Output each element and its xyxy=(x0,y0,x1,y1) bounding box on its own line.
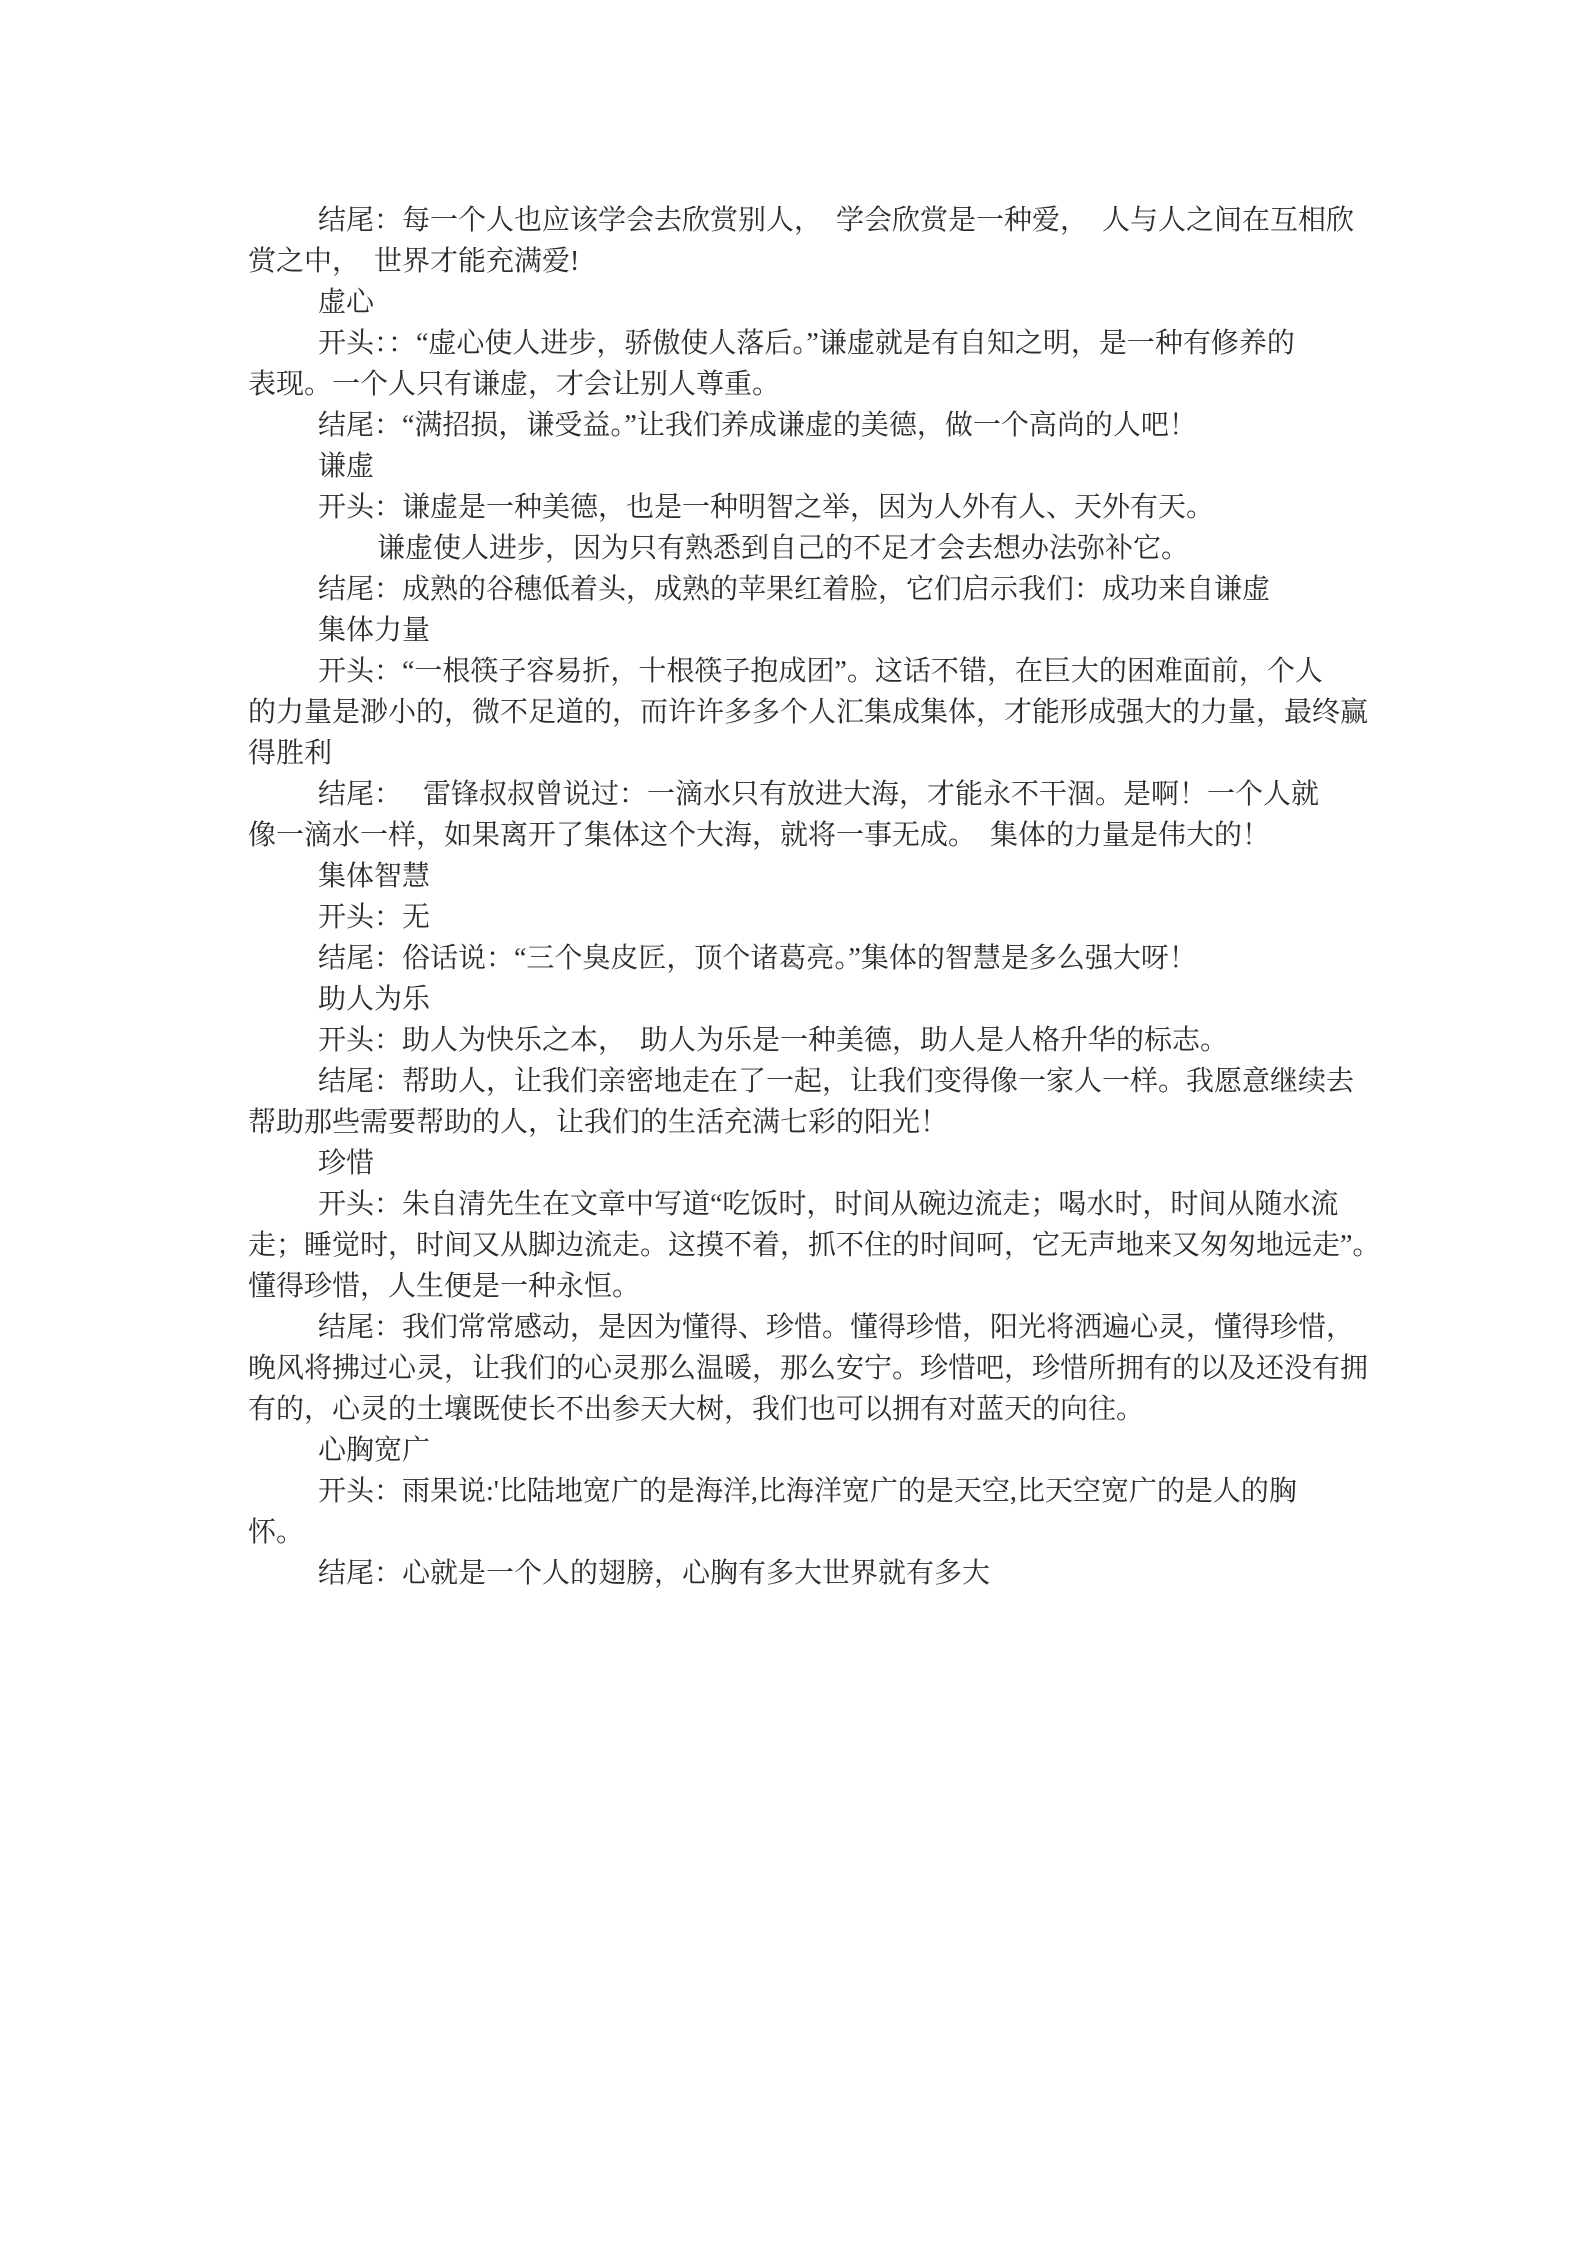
text-line: 晚风将拂过心灵，让我们的心灵那么温暖，那么安宁。珍惜吧，珍惜所拥有的以及还没有拥 xyxy=(248,1348,1363,1389)
text-line: 开头：：“虚心使人进步，骄傲使人落后。”谦虚就是有自知之明，是一种有修养的 xyxy=(248,323,1363,364)
document-page: 结尾：每一个人也应该学会去欣赏别人， 学会欣赏是一种爱， 人与人之间在互相欣赏之… xyxy=(0,0,1594,2252)
text-line: 有的，心灵的土壤既使长不出参天大树，我们也可以拥有对蓝天的向往。 xyxy=(248,1389,1363,1430)
text-line: 开头：无 xyxy=(248,897,1363,938)
text-line: 赏之中， 世界才能充满爱! xyxy=(248,241,1363,282)
text-line: 集体智慧 xyxy=(248,856,1363,897)
text-line: 结尾：俗话说：“三个臭皮匠，顶个诸葛亮。”集体的智慧是多么强大呀！ xyxy=(248,938,1363,979)
text-line: 虚心 xyxy=(248,282,1363,323)
text-line: 结尾：每一个人也应该学会去欣赏别人， 学会欣赏是一种爱， 人与人之间在互相欣 xyxy=(248,200,1363,241)
text-line: 开头：“一根筷子容易折，十根筷子抱成团”。这话不错，在巨大的困难面前，个人 xyxy=(248,651,1363,692)
text-line: 结尾：心就是一个人的翅膀，心胸有多大世界就有多大 xyxy=(248,1553,1363,1594)
text-line: 心胸宽广 xyxy=(248,1430,1363,1471)
text-line: 得胜利 xyxy=(248,733,1363,774)
text-line: 结尾：“满招损，谦受益。”让我们养成谦虚的美德，做一个高尚的人吧！ xyxy=(248,405,1363,446)
text-line: 结尾：成熟的谷穗低着头，成熟的苹果红着脸，它们启示我们：成功来自谦虚 xyxy=(248,569,1363,610)
text-line: 怀。 xyxy=(248,1512,1363,1553)
text-block: 结尾：每一个人也应该学会去欣赏别人， 学会欣赏是一种爱， 人与人之间在互相欣赏之… xyxy=(248,200,1363,1594)
text-line: 的力量是渺小的，微不足道的，而许许多多个人汇集成集体，才能形成强大的力量，最终赢 xyxy=(248,692,1363,733)
text-line: 结尾： 雷锋叔叔曾说过：一滴水只有放进大海，才能永不干涸。是啊！一个人就 xyxy=(248,774,1363,815)
text-line: 懂得珍惜，人生便是一种永恒。 xyxy=(248,1266,1363,1307)
text-line: 开头：助人为快乐之本， 助人为乐是一种美德，助人是人格升华的标志。 xyxy=(248,1020,1363,1061)
text-line: 开头：雨果说:'比陆地宽广的是海洋,比海洋宽广的是天空,比天空宽广的是人的胸 xyxy=(248,1471,1363,1512)
text-line: 开头：朱自清先生在文章中写道“吃饭时，时间从碗边流走；喝水时，时间从随水流 xyxy=(248,1184,1363,1225)
text-line: 助人为乐 xyxy=(248,979,1363,1020)
text-line: 走；睡觉时，时间又从脚边流走。这摸不着，抓不住的时间呵，它无声地来又匆匆地远走”… xyxy=(248,1225,1363,1266)
text-line: 谦虚 xyxy=(248,446,1363,487)
text-line: 珍惜 xyxy=(248,1143,1363,1184)
text-line: 帮助那些需要帮助的人，让我们的生活充满七彩的阳光！ xyxy=(248,1102,1363,1143)
text-line: 像一滴水一样，如果离开了集体这个大海，就将一事无成。 集体的力量是伟大的！ xyxy=(248,815,1363,856)
text-line: 集体力量 xyxy=(248,610,1363,651)
text-line: 表现。一个人只有谦虚，才会让别人尊重。 xyxy=(248,364,1363,405)
text-line: 开头：谦虚是一种美德，也是一种明智之举，因为人外有人、天外有天。 xyxy=(248,487,1363,528)
text-line: 谦虚使人进步，因为只有熟悉到自己的不足才会去想办法弥补它。 xyxy=(248,528,1363,569)
text-line: 结尾：帮助人，让我们亲密地走在了一起，让我们变得像一家人一样。我愿意继续去 xyxy=(248,1061,1363,1102)
text-line: 结尾：我们常常感动，是因为懂得、珍惜。懂得珍惜，阳光将洒遍心灵，懂得珍惜， xyxy=(248,1307,1363,1348)
